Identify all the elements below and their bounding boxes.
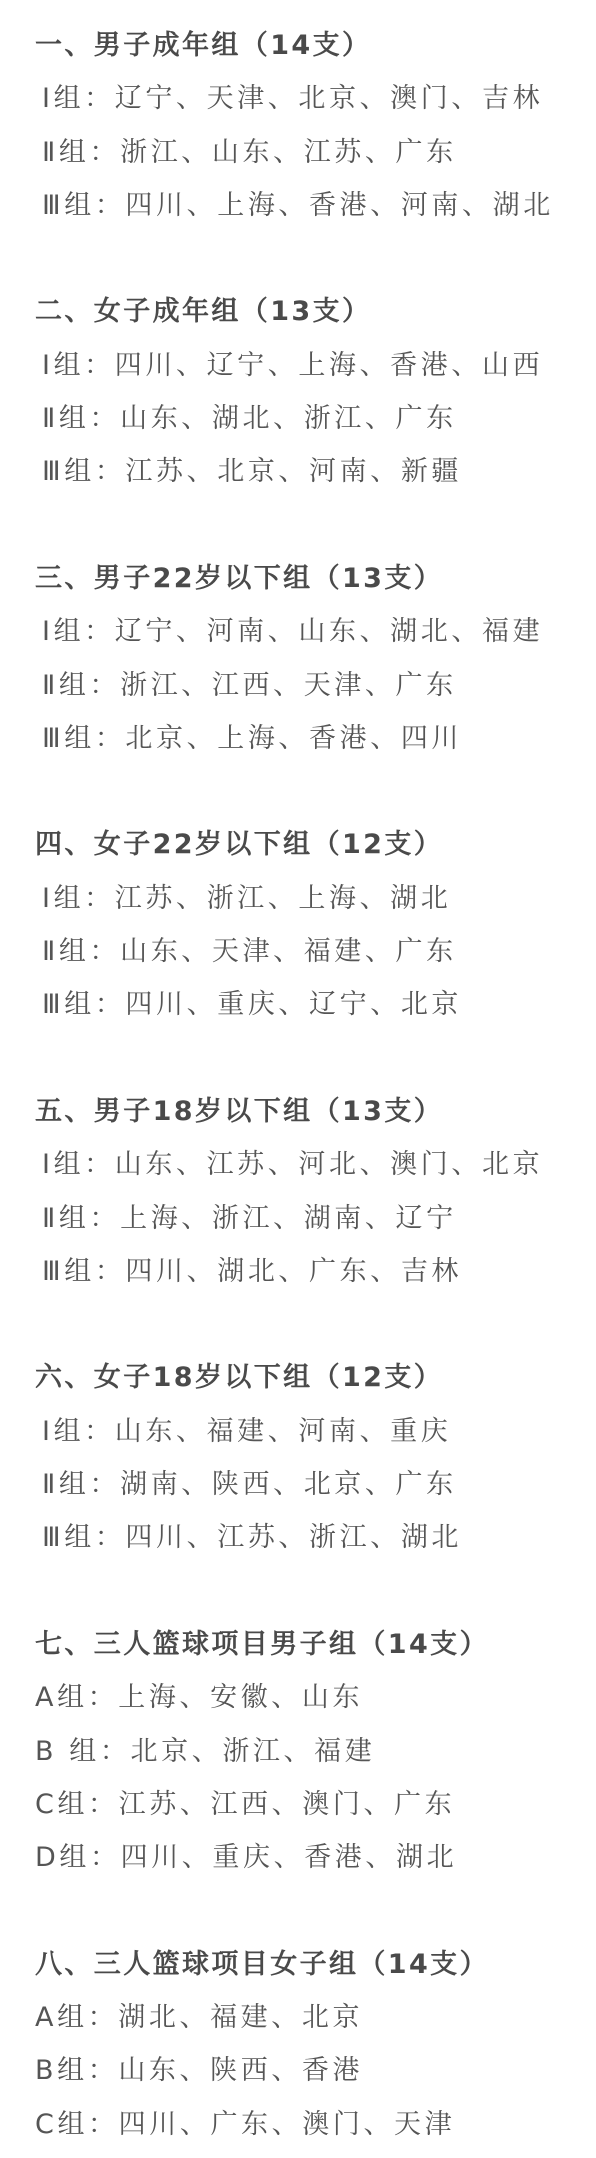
group-teams: 四川、辽宁、上海、香港、山西 (115, 350, 543, 381)
group-teams: 江苏、北京、河南、新疆 (125, 456, 462, 487)
section-title: 四、女子22岁以下组（12支） (35, 818, 595, 871)
group-label: C组： (35, 1789, 119, 1820)
group-row: Ⅰ组：山东、福建、河南、重庆 (35, 1405, 595, 1458)
group-teams: 上海、安徽、山东 (118, 1682, 363, 1713)
group-row: Ⅰ组：山东、江苏、河北、澳门、北京 (35, 1138, 595, 1191)
group-row: A组：上海、安徽、山东 (35, 1671, 595, 1724)
group-teams: 四川、江苏、浙江、湖北 (125, 1522, 462, 1553)
group-teams: 山东、江苏、河北、澳门、北京 (115, 1149, 543, 1180)
group-label: B 组： (35, 1736, 131, 1767)
spacer (35, 1565, 595, 1618)
group-teams: 浙江、山东、江苏、广东 (120, 137, 457, 168)
group-row: Ⅲ组：江苏、北京、河南、新疆 (35, 445, 595, 498)
group-label: Ⅰ组： (35, 1416, 115, 1447)
group-row: Ⅱ组：浙江、山东、江苏、广东 (35, 126, 595, 179)
group-teams: 四川、重庆、辽宁、北京 (125, 989, 462, 1020)
group-teams: 湖北、福建、北京 (118, 2002, 363, 2033)
group-label: Ⅱ组： (35, 1203, 120, 1234)
group-row: Ⅰ组：辽宁、河南、山东、湖北、福建 (35, 605, 595, 658)
group-label: Ⅲ组： (35, 1522, 125, 1553)
group-label: B组： (35, 2055, 118, 2086)
group-row: Ⅰ组：江苏、浙江、上海、湖北 (35, 872, 595, 925)
group-teams: 北京、上海、香港、四川 (125, 723, 462, 754)
group-teams: 四川、上海、香港、河南、湖北 (125, 190, 553, 221)
group-row: Ⅲ组：四川、上海、香港、河南、湖北 (35, 179, 595, 232)
group-row: C组：四川、广东、澳门、天津 (35, 2098, 595, 2151)
group-label: Ⅱ组： (35, 403, 120, 434)
group-label: C组： (35, 2109, 119, 2140)
group-label: Ⅲ组： (35, 723, 125, 754)
group-teams: 山东、福建、河南、重庆 (115, 1416, 452, 1447)
spacer (35, 1884, 595, 1937)
section-3x3-men: 七、三人篮球项目男子组（14支） A组：上海、安徽、山东 B 组：北京、浙江、福… (35, 1618, 595, 1938)
group-row: B组：山东、陕西、香港 (35, 2044, 595, 2097)
group-label: Ⅱ组： (35, 1469, 120, 1500)
spacer (35, 1032, 595, 1085)
group-label: Ⅱ组： (35, 670, 120, 701)
group-row: Ⅱ组：山东、天津、福建、广东 (35, 925, 595, 978)
spacer (35, 499, 595, 552)
group-row: Ⅱ组：山东、湖北、浙江、广东 (35, 392, 595, 445)
group-teams: 四川、重庆、香港、湖北 (121, 1842, 458, 1873)
spacer (35, 1298, 595, 1351)
group-label: Ⅰ组： (35, 1149, 115, 1180)
group-label: Ⅰ组： (35, 616, 115, 647)
group-row: Ⅱ组：浙江、江西、天津、广东 (35, 659, 595, 712)
group-label: A组： (35, 2002, 118, 2033)
group-label: Ⅲ组： (35, 989, 125, 1020)
group-label: Ⅱ组： (35, 137, 120, 168)
group-teams: 辽宁、天津、北京、澳门、吉林 (115, 83, 543, 114)
section-3x3-women: 八、三人篮球项目女子组（14支） A组：湖北、福建、北京 B组：山东、陕西、香港… (35, 1938, 595, 2151)
section-women-senior: 二、女子成年组（13支） Ⅰ组：四川、辽宁、上海、香港、山西 Ⅱ组：山东、湖北、… (35, 285, 595, 551)
group-row: B 组：北京、浙江、福建 (35, 1725, 595, 1778)
group-row: Ⅰ组：四川、辽宁、上海、香港、山西 (35, 339, 595, 392)
group-label: Ⅰ组： (35, 83, 115, 114)
group-label: Ⅱ组： (35, 936, 120, 967)
group-teams: 山东、湖北、浙江、广东 (120, 403, 457, 434)
section-men-senior: 一、男子成年组（14支） Ⅰ组：辽宁、天津、北京、澳门、吉林 Ⅱ组：浙江、山东、… (35, 19, 595, 285)
spacer (35, 232, 595, 285)
group-row: Ⅰ组：辽宁、天津、北京、澳门、吉林 (35, 72, 595, 125)
section-title: 八、三人篮球项目女子组（14支） (35, 1938, 595, 1991)
group-row: D组：四川、重庆、香港、湖北 (35, 1831, 595, 1884)
section-women-u18: 六、女子18岁以下组（12支） Ⅰ组：山东、福建、河南、重庆 Ⅱ组：湖南、陕西、… (35, 1351, 595, 1617)
group-label: Ⅲ组： (35, 1256, 125, 1287)
section-women-u22: 四、女子22岁以下组（12支） Ⅰ组：江苏、浙江、上海、湖北 Ⅱ组：山东、天津、… (35, 818, 595, 1084)
group-teams: 上海、浙江、湖南、辽宁 (120, 1203, 457, 1234)
group-teams: 四川、湖北、广东、吉林 (125, 1256, 462, 1287)
group-label: Ⅰ组： (35, 883, 115, 914)
group-row: Ⅲ组：北京、上海、香港、四川 (35, 712, 595, 765)
group-label: D组： (35, 1842, 121, 1873)
group-row: Ⅲ组：四川、湖北、广东、吉林 (35, 1245, 595, 1298)
section-title: 三、男子22岁以下组（13支） (35, 552, 595, 605)
group-row: Ⅲ组：四川、江苏、浙江、湖北 (35, 1511, 595, 1564)
section-title: 七、三人篮球项目男子组（14支） (35, 1618, 595, 1671)
group-teams: 辽宁、河南、山东、湖北、福建 (115, 616, 543, 647)
group-teams: 山东、陕西、香港 (118, 2055, 363, 2086)
group-label: A组： (35, 1682, 118, 1713)
group-teams: 浙江、江西、天津、广东 (120, 670, 457, 701)
group-label: Ⅲ组： (35, 190, 125, 221)
group-row: Ⅱ组：湖南、陕西、北京、广东 (35, 1458, 595, 1511)
group-label: Ⅰ组： (35, 350, 115, 381)
group-teams: 江苏、江西、澳门、广东 (119, 1789, 456, 1820)
spacer (35, 765, 595, 818)
group-row: A组：湖北、福建、北京 (35, 1991, 595, 2044)
group-label: Ⅲ组： (35, 456, 125, 487)
group-teams: 湖南、陕西、北京、广东 (120, 1469, 457, 1500)
section-title: 五、男子18岁以下组（13支） (35, 1085, 595, 1138)
group-row: Ⅱ组：上海、浙江、湖南、辽宁 (35, 1192, 595, 1245)
group-row: Ⅲ组：四川、重庆、辽宁、北京 (35, 978, 595, 1031)
section-title: 一、男子成年组（14支） (35, 19, 595, 72)
section-men-u22: 三、男子22岁以下组（13支） Ⅰ组：辽宁、河南、山东、湖北、福建 Ⅱ组：浙江、… (35, 552, 595, 818)
group-teams: 江苏、浙江、上海、湖北 (115, 883, 452, 914)
group-teams: 山东、天津、福建、广东 (120, 936, 457, 967)
group-row: C组：江苏、江西、澳门、广东 (35, 1778, 595, 1831)
group-teams: 四川、广东、澳门、天津 (119, 2109, 456, 2140)
grouping-document: 一、男子成年组（14支） Ⅰ组：辽宁、天津、北京、澳门、吉林 Ⅱ组：浙江、山东、… (35, 19, 595, 2151)
group-teams: 北京、浙江、福建 (131, 1736, 376, 1767)
section-title: 二、女子成年组（13支） (35, 285, 595, 338)
section-title: 六、女子18岁以下组（12支） (35, 1351, 595, 1404)
section-men-u18: 五、男子18岁以下组（13支） Ⅰ组：山东、江苏、河北、澳门、北京 Ⅱ组：上海、… (35, 1085, 595, 1351)
